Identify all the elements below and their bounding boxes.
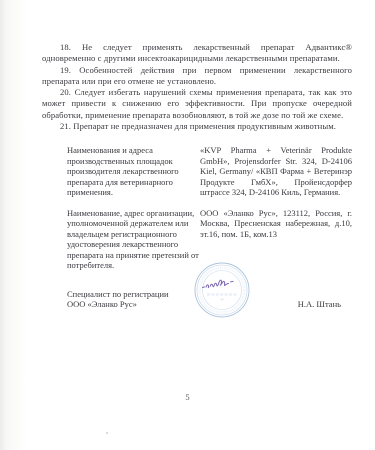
page-number: 5 [0,392,375,402]
scanned-document-page: 18. Не следует применять лекарственный п… [0,0,375,450]
paragraph-21: 21. Препарат не предназначен для примене… [42,121,352,132]
info-value: «KVP Pharma + Veterinär Produkte GmbH», … [200,145,352,198]
page-content: 18. Не следует применять лекарственный п… [42,42,352,310]
info-value: ООО «Эланко Рус», 123112, Россия, г. Мос… [200,208,352,240]
signature-block: Специалист по регистрации ООО «Эланко Ру… [42,289,352,310]
signer-name: Н.А. Штань [298,299,341,310]
scan-artifact-dot [106,432,108,434]
signer-role-block: Специалист по регистрации ООО «Эланко Ру… [67,289,169,310]
paragraph-20: 20. Следует избегать нарушений схемы при… [42,87,352,121]
registration-info-table: Наименования и адреса производственных п… [42,145,352,271]
info-label: Наименование, адрес организации, уполном… [67,208,200,271]
paragraph-18: 18. Не следует применять лекарственный п… [42,42,352,65]
info-label: Наименования и адреса производственных п… [67,145,200,198]
paragraph-19: 19. Особенностей действия при первом при… [42,65,352,88]
info-row-manufacturer: Наименования и адреса производственных п… [42,145,352,198]
signer-role: Специалист по регистрации [67,289,169,300]
info-row-claims-organization: Наименование, адрес организации, уполном… [42,208,352,271]
numbered-paragraphs: 18. Не следует применять лекарственный п… [42,42,352,132]
signer-organization: ООО «Эланко Рус» [67,299,169,310]
